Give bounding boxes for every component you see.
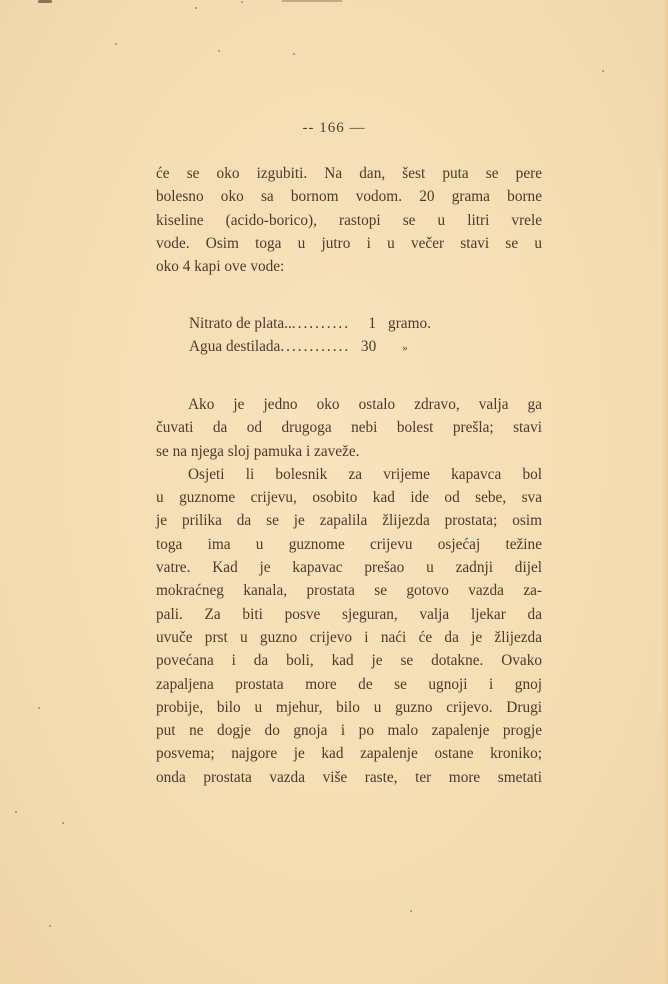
paper-speck — [195, 7, 197, 9]
ingredient-name: Agua destilada — [189, 335, 280, 358]
text-line: uvuče prst u guzno crijevo i naći će da … — [156, 626, 542, 649]
paper-speck — [218, 50, 220, 52]
text-line: oko 4 kapi ove vode: — [156, 255, 542, 278]
ingredient-unit: gramo. — [388, 312, 431, 335]
scan-artifact — [38, 0, 52, 3]
scan-artifact — [282, 0, 342, 2]
ingredient-quantity: 30 — [354, 335, 376, 358]
text-line: u guznome crijevu, osobito kad ide od se… — [156, 486, 542, 509]
paper-speck — [602, 70, 604, 72]
paragraph-prostate: Ako je jedno oko ostalo zdravo, valja ga… — [156, 393, 542, 789]
paper-speck — [241, 1, 243, 3]
leader-dots: ............ — [280, 335, 350, 358]
text-line: put ne dogje do gnoja i po malo zapalenj… — [156, 719, 542, 742]
paper-speck — [410, 910, 412, 912]
ingredient-quantity: 1 — [354, 312, 376, 335]
recipe-item: Nitrato de plata.. .......... 1 gramo. — [189, 312, 431, 335]
text-line: vatre. Kad je kapavac prešao u zadnji di… — [156, 556, 542, 579]
leader-dots: .......... — [292, 312, 350, 335]
text-line: Osjeti li bolesnik za vrijeme kapavca bo… — [156, 463, 542, 486]
page-number: -- 166 — — [0, 120, 668, 137]
paper-speck — [62, 822, 64, 824]
ingredient-unit: » — [402, 337, 408, 360]
text-line: povećana i da boli, kad je se dotakne. O… — [156, 649, 542, 672]
recipe-list: Nitrato de plata.. .......... 1 gramo. A… — [189, 312, 431, 358]
text-line: Ako je jedno oko ostalo zdravo, valja ga — [156, 393, 542, 416]
text-line: toga ima u guznome crijevu osjećaj težin… — [156, 533, 542, 556]
text-line: mokraćneg kanala, prostata se gotovo vaz… — [156, 579, 542, 602]
text-line: će se oko izgubiti. Na dan, šest puta se… — [156, 162, 542, 185]
paper-speck — [49, 925, 51, 927]
text-line: probije, bilo u mjehur, bilo u guzno cri… — [156, 696, 542, 719]
paper-speck — [293, 53, 295, 55]
text-line: kiseline (acido-borico), rastopi se u li… — [156, 209, 542, 232]
text-line: vode. Osim toga u jutro i u večer stavi … — [156, 232, 542, 255]
text-line: onda prostata vazda više raste, ter more… — [156, 766, 542, 789]
paper-speck — [15, 811, 17, 813]
paragraph-eye-treatment: će se oko izgubiti. Na dan, šest puta se… — [156, 162, 542, 278]
text-line: čuvati da od drugoga nebi bolest prešla;… — [156, 416, 542, 439]
text-line: zapaljena prostata more de se ugnoji i g… — [156, 673, 542, 696]
ingredient-name: Nitrato de plata.. — [189, 312, 292, 335]
paper-speck — [115, 43, 117, 45]
page-edge — [662, 0, 668, 984]
recipe-item: Agua destilada ............ 30 » — [189, 335, 431, 358]
text-line: se na njega sloj pamuka i zaveže. — [156, 440, 542, 463]
text-line: je prilika da se je zapalila žlijezda pr… — [156, 509, 542, 532]
paper-speck — [38, 707, 40, 709]
text-line: bolesno oko sa bornom vodom. 20 grama bo… — [156, 185, 542, 208]
text-line: pali. Za biti posve sjeguran, valja ljek… — [156, 603, 542, 626]
text-line: posvema; najgore je kad zapalenje ostane… — [156, 742, 542, 765]
